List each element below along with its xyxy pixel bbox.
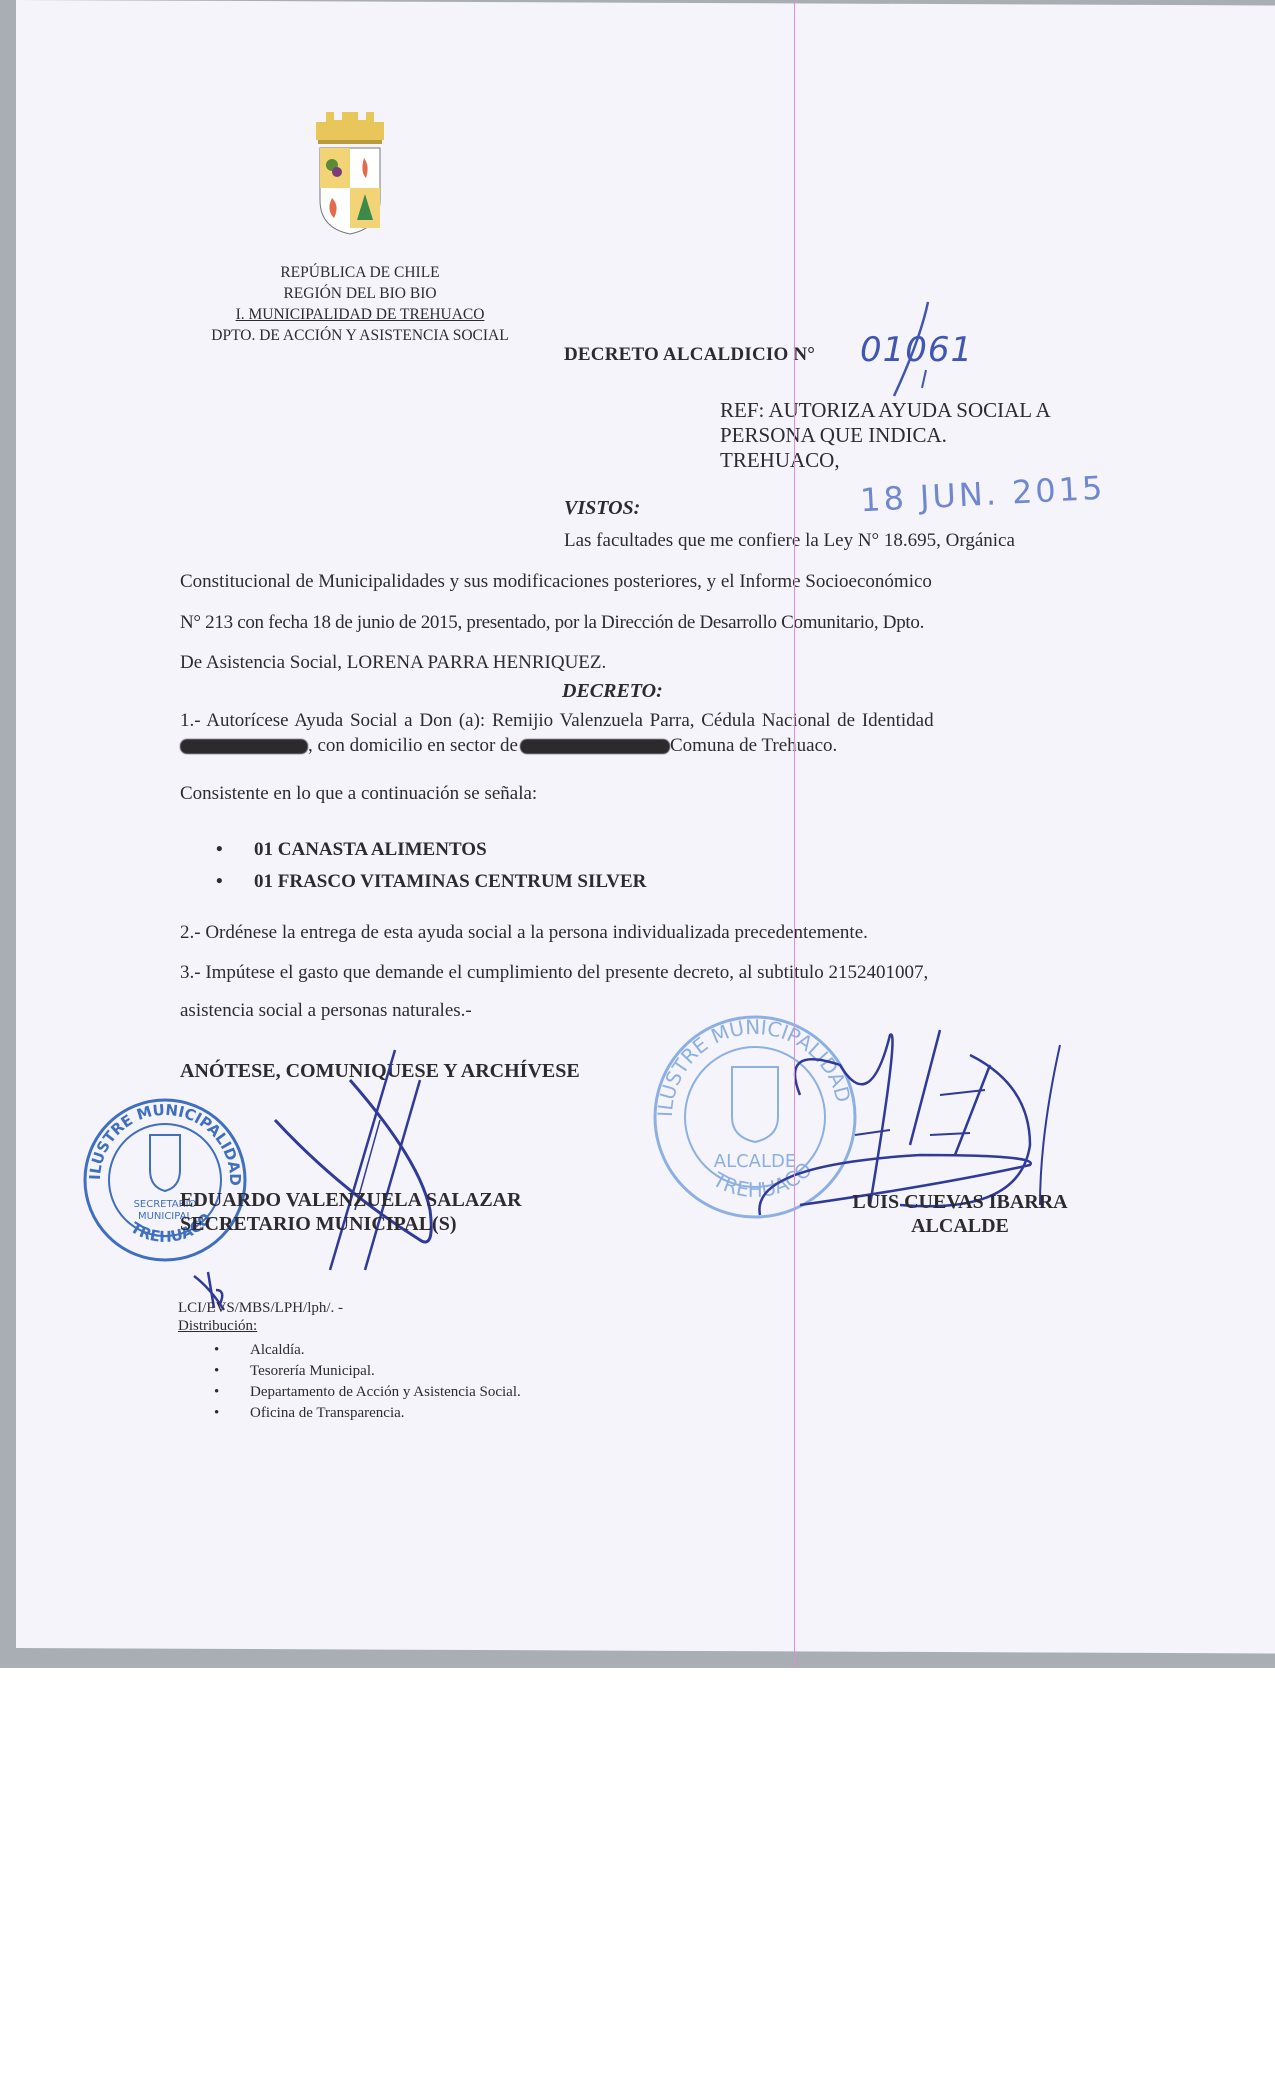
aid-item-label: 01 CANASTA ALIMENTOS <box>254 839 487 860</box>
header-region: REGIÓN DEL BIO BIO <box>180 283 540 304</box>
commune-text: Comuna de Trehuaco. <box>670 735 837 756</box>
secretary-signature <box>260 1040 460 1280</box>
bullet-icon: • <box>214 1382 250 1403</box>
decree-title: DECRETO ALCALDICIO N° <box>564 344 815 366</box>
bullet-icon: • <box>214 1361 250 1382</box>
document-page <box>16 0 1275 1653</box>
aid-items-list: •01 CANASTA ALIMENTOS •01 FRASCO VITAMIN… <box>216 834 646 898</box>
distribution-list: •Alcaldía. •Tesorería Municipal. •Depart… <box>214 1340 521 1424</box>
secretary-name: EDUARDO VALENZUELA SALAZAR <box>180 1188 522 1212</box>
header-municipality: I. MUNICIPALIDAD DE TREHUACO <box>180 304 540 325</box>
issuer-header: REPÚBLICA DE CHILE REGIÓN DEL BIO BIO I.… <box>180 262 540 346</box>
decreto-item-3-line-2: asistencia social a personas naturales.- <box>180 1000 472 1022</box>
aid-item: •01 CANASTA ALIMENTOS <box>216 834 646 866</box>
redacted-id-number <box>180 739 308 754</box>
fold-line <box>794 0 795 1668</box>
decreto-item-2: 2.- Ordénese la entrega de esta ayuda so… <box>180 922 868 944</box>
secretary-role: SECRETARIO MUNICIPAL(S) <box>180 1212 522 1236</box>
coat-of-arms-icon <box>310 110 390 238</box>
decreto-item-1-line-2: , con domicilio en sector deComuna de Tr… <box>180 735 837 757</box>
vistos-line: Las facultades que me confiere la Ley N°… <box>564 530 1015 552</box>
decreto-heading: DECRETO: <box>562 680 663 703</box>
pen-check-mark <box>880 300 940 400</box>
bullet-icon: • <box>214 1403 250 1424</box>
bullet-icon: • <box>214 1340 250 1361</box>
mayor-role: ALCALDE <box>840 1214 1080 1238</box>
distribution-item: •Alcaldía. <box>214 1340 521 1361</box>
mayor-signature-block: LUIS CUEVAS IBARRA ALCALDE <box>840 1190 1080 1238</box>
distribution-item: •Tesorería Municipal. <box>214 1361 521 1382</box>
header-department: DPTO. DE ACCIÓN Y ASISTENCIA SOCIAL <box>180 325 540 346</box>
drafter-initials: LCI/EVS/MBS/LPH/lph/. - <box>178 1300 343 1317</box>
reference-block: REF: AUTORIZA AYUDA SOCIAL A PERSONA QUE… <box>720 398 1051 473</box>
aid-item-label: 01 FRASCO VITAMINAS CENTRUM SILVER <box>254 871 646 892</box>
ref-line-1: REF: AUTORIZA AYUDA SOCIAL A <box>720 398 1051 423</box>
vistos-line: N° 213 con fecha 18 de junio de 2015, pr… <box>180 612 924 634</box>
aid-item: •01 FRASCO VITAMINAS CENTRUM SILVER <box>216 866 646 898</box>
mayor-name: LUIS CUEVAS IBARRA <box>840 1190 1080 1214</box>
consistente-line: Consistente en lo que a continuación se … <box>180 783 537 805</box>
vistos-line: Constitucional de Municipalidades y sus … <box>180 571 932 593</box>
decreto-item-3-line-1: 3.- Impútese el gasto que demande el cum… <box>180 962 928 984</box>
secretary-signature-block: EDUARDO VALENZUELA SALAZAR SECRETARIO MU… <box>180 1188 522 1236</box>
address-text: , con domicilio en sector de <box>308 735 518 756</box>
bullet-icon: • <box>216 834 254 866</box>
distribution-item-label: Oficina de Transparencia. <box>250 1405 405 1421</box>
distribution-item: •Departamento de Acción y Asistencia Soc… <box>214 1382 521 1403</box>
distribution-item: •Oficina de Transparencia. <box>214 1403 521 1424</box>
distribution-item-label: Alcaldía. <box>250 1342 305 1358</box>
header-country: REPÚBLICA DE CHILE <box>180 262 540 283</box>
distribution-item-label: Departamento de Acción y Asistencia Soci… <box>250 1384 521 1400</box>
ref-line-2: PERSONA QUE INDICA. <box>720 423 1051 448</box>
bullet-icon: • <box>216 866 254 898</box>
distribution-heading: Distribución: <box>178 1318 257 1335</box>
decreto-item-1-line-1: 1.- Autorícese Ayuda Social a Don (a): R… <box>180 710 934 732</box>
redacted-sector <box>520 739 670 754</box>
vistos-line: De Asistencia Social, LORENA PARRA HENRI… <box>180 652 606 674</box>
distribution-item-label: Tesorería Municipal. <box>250 1363 375 1379</box>
ref-line-3: TREHUACO, <box>720 448 1051 473</box>
vistos-heading: VISTOS: <box>564 497 640 520</box>
secretary-stamp: ILUSTRE MUNICIPALIDAD TREHUACO SECRETARI… <box>80 1095 250 1265</box>
